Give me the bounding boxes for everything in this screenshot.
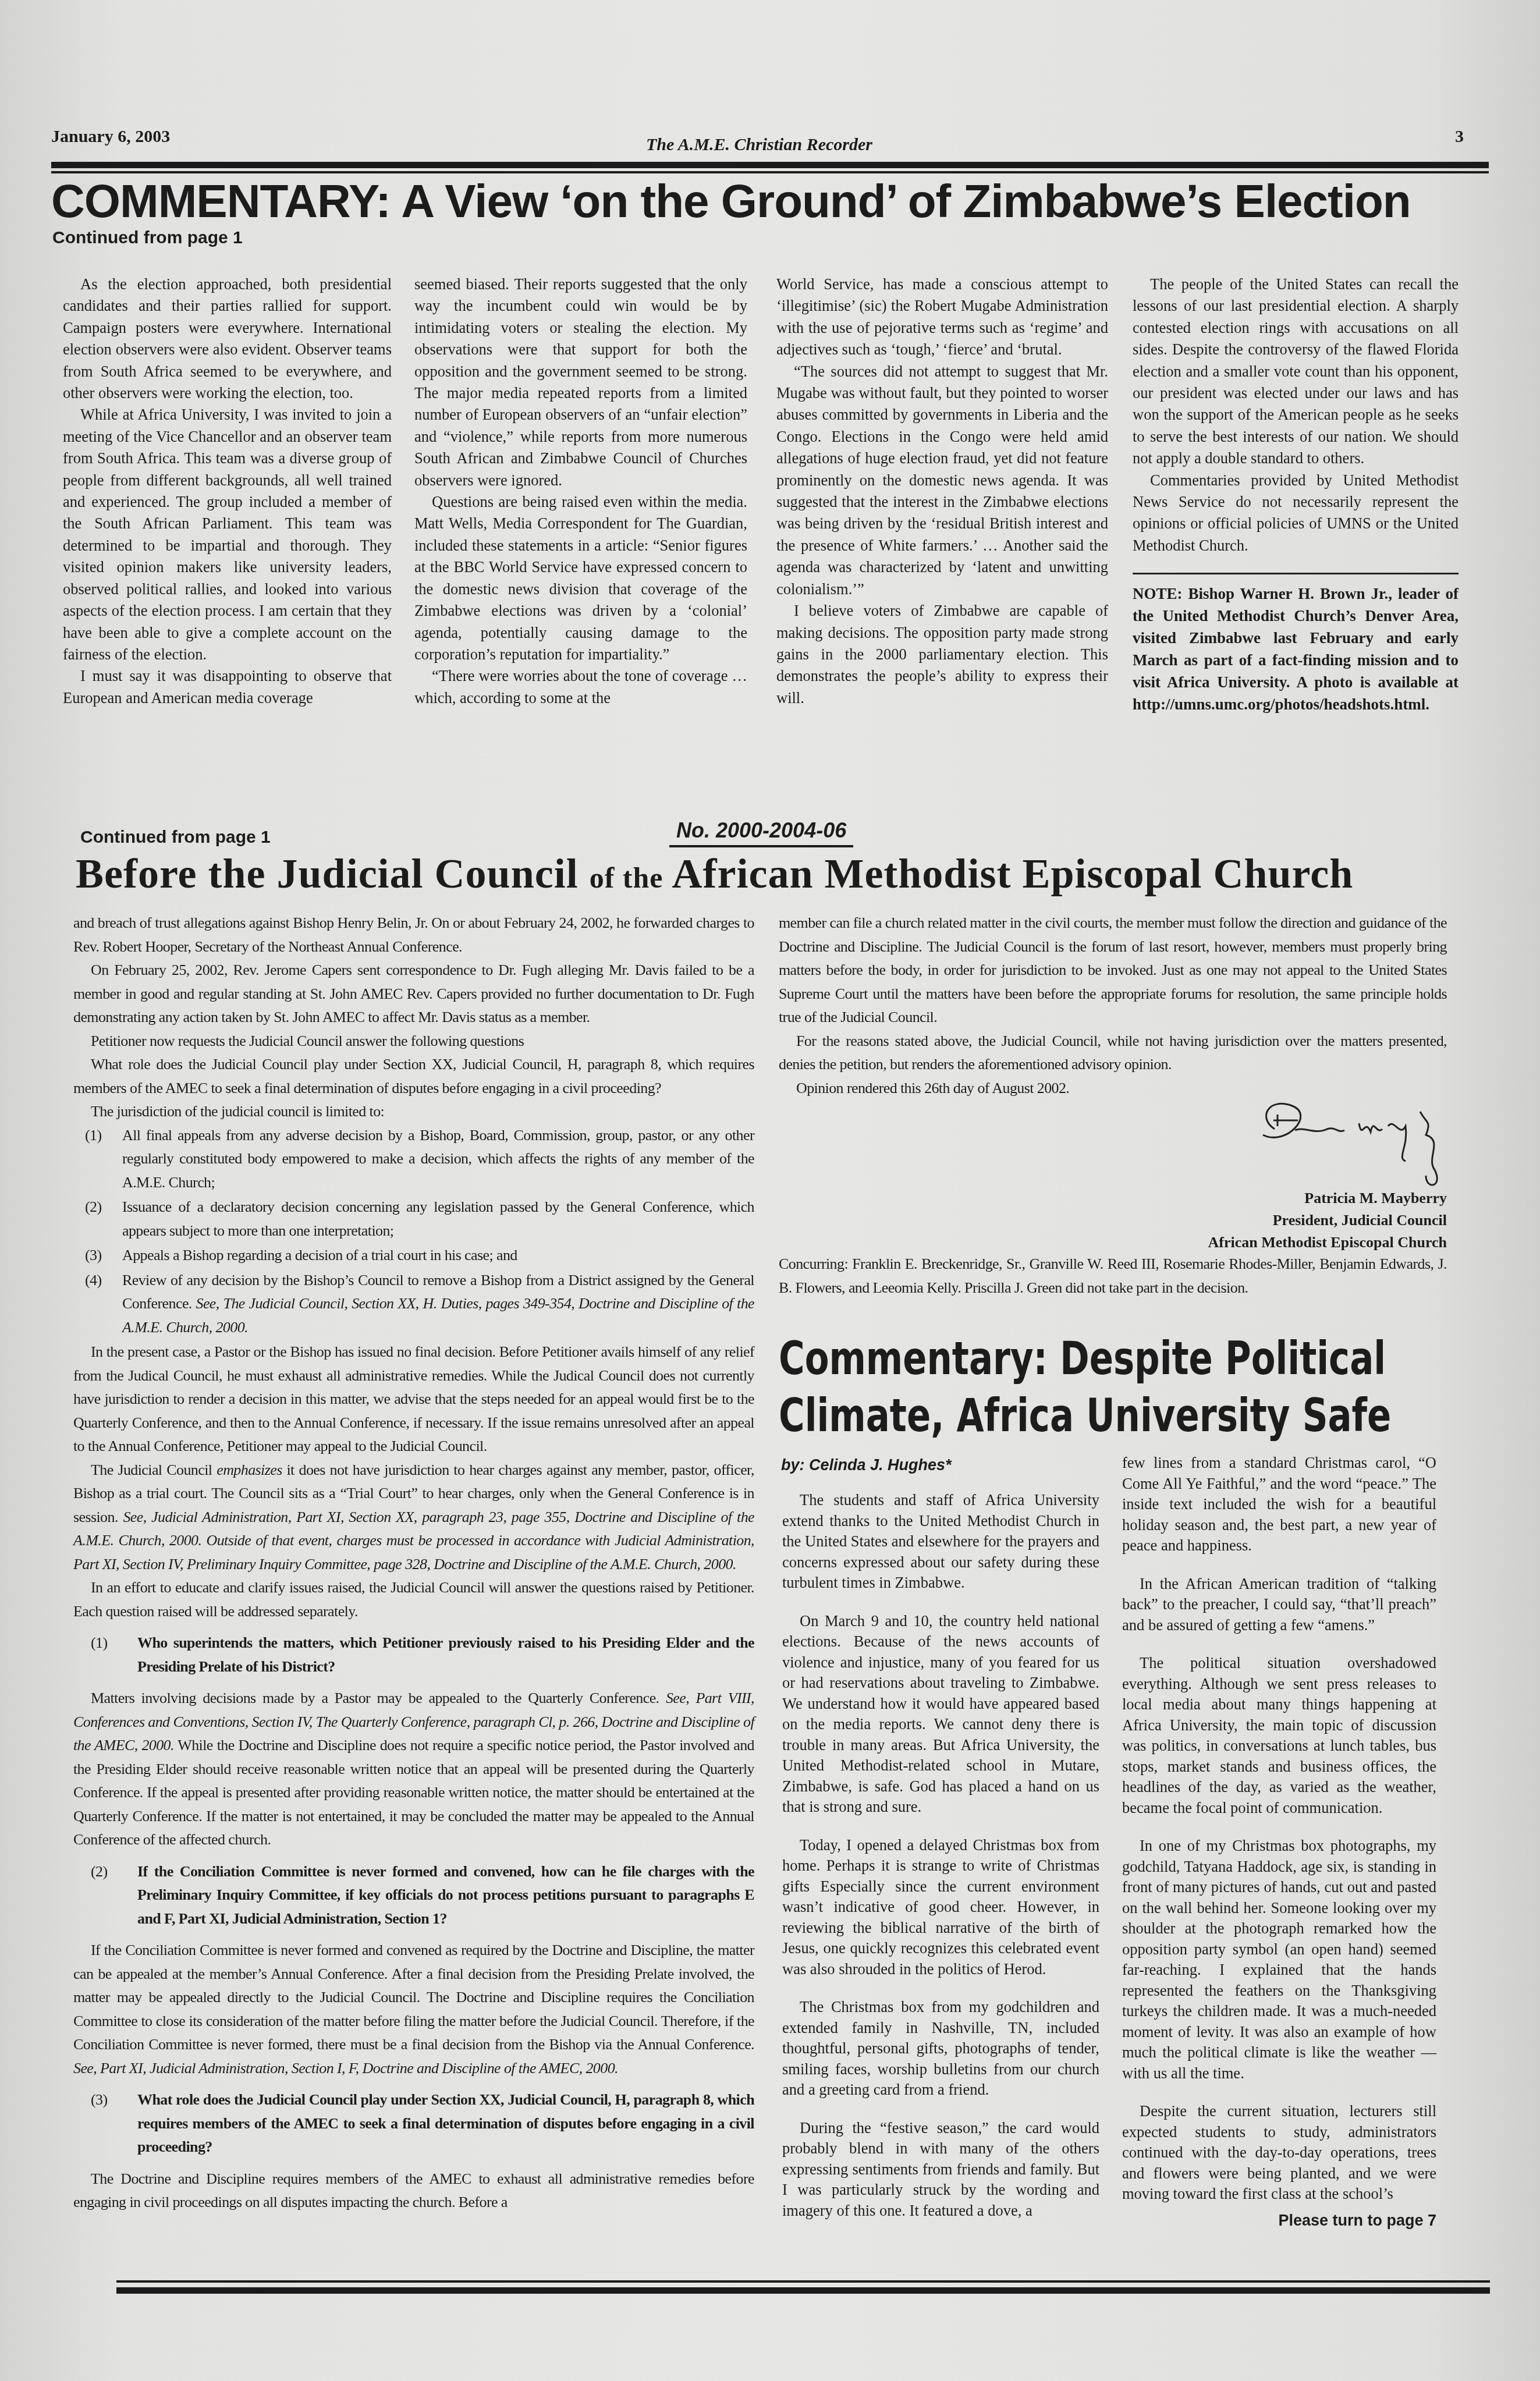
footer-rule-thin xyxy=(116,2280,1490,2283)
paragraph: During the “festive season,” the card wo… xyxy=(782,2118,1099,2222)
continued-from-label: Continued from page 1 xyxy=(52,228,243,248)
paragraph: Despite the current situation, lecturers… xyxy=(1122,2101,1436,2205)
paragraph: Today, I opened a delayed Christmas box … xyxy=(782,1835,1099,1980)
paragraph: few lines from a standard Christmas caro… xyxy=(1122,1453,1436,1556)
paragraph: “There were worries about the tone of co… xyxy=(414,665,747,709)
judicial-council-headline: Before the Judicial Council of the Afric… xyxy=(76,850,1353,898)
jurisdiction-item: (1) All final appeals from any adverse d… xyxy=(73,1124,754,1195)
paragraph: The political situation overshadowed eve… xyxy=(1122,1653,1436,1818)
jump-line: Please turn to page 7 xyxy=(1122,2210,1436,2231)
paragraph: “The sources did not attempt to suggest … xyxy=(776,361,1108,600)
jurisdiction-item: (3) Appeals a Bishop regarding a decisio… xyxy=(73,1244,754,1268)
concurring-statement: Concurring: Franklin E. Breckenridge, Sr… xyxy=(779,1252,1447,1300)
citation: See, The Judicial Council, Section XX, H… xyxy=(122,1295,754,1336)
editor-note: NOTE: Bishop Warner H. Brown Jr., leader… xyxy=(1133,583,1459,715)
africa-university-headline: Commentary: Despite Political Climate, A… xyxy=(779,1330,1301,1445)
byline: by: Celinda J. Hughes* xyxy=(781,1456,952,1474)
article1-column-2: seemed biased. Their reports suggested t… xyxy=(414,274,747,709)
question-2: (2) If the Conciliation Committee is nev… xyxy=(73,1860,754,1931)
header-rule-thin xyxy=(51,171,1489,173)
issue-date: January 6, 2003 xyxy=(51,127,170,147)
paragraph: The Christmas box from my godchildren an… xyxy=(782,1997,1099,2100)
signer-title: President, Judicial Council xyxy=(989,1209,1447,1232)
note-divider xyxy=(1133,573,1459,574)
signer-name: Patricia M. Mayberry xyxy=(989,1187,1447,1209)
paragraph: In the present case, a Pastor or the Bis… xyxy=(73,1340,754,1459)
signer-organization: African Methodist Episcopal Church xyxy=(989,1232,1447,1254)
paragraph: World Service, has made a conscious atte… xyxy=(776,274,1108,361)
paragraph: What role does the Judicial Council play… xyxy=(73,1053,754,1100)
paragraph: The Judicial Council emphasizes it does … xyxy=(73,1459,754,1577)
signature-block: Patricia M. Mayberry President, Judicial… xyxy=(989,1187,1447,1254)
paragraph: If the Conciliation Committee is never f… xyxy=(73,1939,754,2080)
case-number: No. 2000-2004-06 xyxy=(669,818,853,847)
paragraph: seemed biased. Their reports suggested t… xyxy=(414,274,747,491)
question-3: (3) What role does the Judicial Council … xyxy=(73,2088,754,2159)
paragraph: The students and staff of Africa Univers… xyxy=(782,1490,1099,1594)
article3-column-1: The students and staff of Africa Univers… xyxy=(782,1490,1099,2238)
paragraph: While at Africa University, I was invite… xyxy=(63,404,392,665)
jurisdiction-item: (4) Review of any decision by the Bishop… xyxy=(73,1269,754,1340)
citation: See, Judicial Administration, Part XI, S… xyxy=(73,1509,754,1573)
paragraph: In an effort to educate and clarify issu… xyxy=(73,1576,754,1623)
paragraph: Matters involving decisions made by a Pa… xyxy=(73,1687,754,1852)
paragraph: In one of my Christmas box photographs, … xyxy=(1122,1836,1436,2084)
paragraph: On February 25, 2002, Rev. Jerome Capers… xyxy=(73,959,754,1030)
footer-rule-thick xyxy=(116,2287,1490,2294)
paragraph: member can file a church related matter … xyxy=(779,911,1447,1030)
paragraph: As the election approached, both preside… xyxy=(63,274,392,404)
citation: See, Part XI, Judicial Administration, S… xyxy=(73,2060,618,2077)
paragraph: Commentaries provided by United Methodis… xyxy=(1133,470,1459,557)
paragraph: For the reasons stated above, the Judici… xyxy=(779,1030,1447,1077)
commentary-zimbabwe-headline: COMMENTARY: A View ‘on the Ground’ of Zi… xyxy=(51,175,1489,228)
paragraph: The people of the United States can reca… xyxy=(1133,274,1459,470)
headline-part-3: African Methodist Episcopal Church xyxy=(672,850,1354,897)
page-number: 3 xyxy=(1455,127,1464,147)
judicial-opinion-right-column: member can file a church related matter … xyxy=(779,911,1447,1100)
judicial-opinion-left-column: and breach of trust allegations against … xyxy=(73,911,754,2215)
paragraph: Petitioner now requests the Judicial Cou… xyxy=(73,1030,754,1053)
question-1: (1) Who superintends the matters, which … xyxy=(73,1631,754,1679)
paragraph: and breach of trust allegations against … xyxy=(73,911,754,959)
jurisdiction-item: (2) Issuance of a declaratory decision c… xyxy=(73,1195,754,1243)
headline-part-2: of the xyxy=(590,861,663,894)
paragraph: The jurisdiction of the judicial council… xyxy=(73,1100,754,1124)
article1-column-3: World Service, has made a conscious atte… xyxy=(776,274,1108,709)
newspaper-page: January 6, 2003 The A.M.E. Christian Rec… xyxy=(0,0,1540,2381)
continued-from-label-2: Continued from page 1 xyxy=(80,828,271,847)
paragraph: On March 9 and 10, the country held nati… xyxy=(782,1611,1099,1818)
article3-column-2: few lines from a standard Christmas caro… xyxy=(1122,1453,1436,2231)
headline-part-1: Before the Judicial Council xyxy=(76,850,579,897)
paragraph: Questions are being raised even within t… xyxy=(414,491,747,665)
handwritten-signature-icon xyxy=(1251,1094,1461,1199)
paragraph: The Doctrine and Discipline requires mem… xyxy=(73,2167,754,2215)
article1-column-4: The people of the United States can reca… xyxy=(1133,274,1459,715)
publication-name: The A.M.E. Christian Recorder xyxy=(646,135,872,155)
paragraph: I must say it was disappointing to obser… xyxy=(63,665,392,709)
header-rule-thick xyxy=(51,162,1489,168)
paragraph: In the African American tradition of “ta… xyxy=(1122,1574,1436,1636)
paragraph: I believe voters of Zimbabwe are capable… xyxy=(776,600,1108,709)
article1-column-1: As the election approached, both preside… xyxy=(63,274,392,709)
